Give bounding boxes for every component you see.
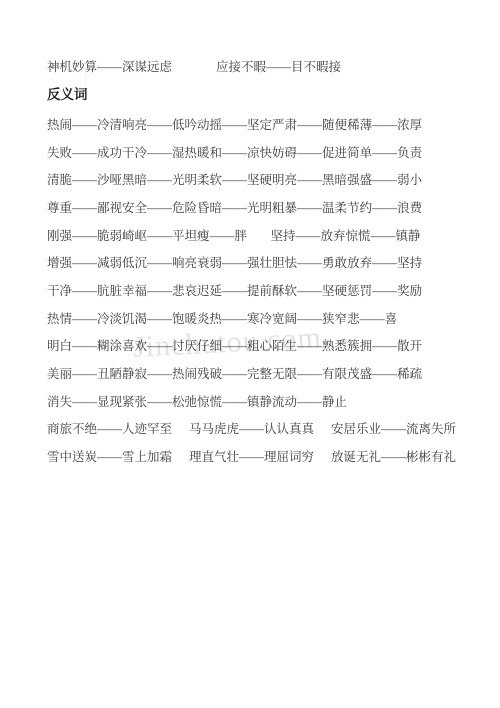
antonym-pair: 低沉——响亮 — [122, 253, 197, 271]
antonym-pair: 迟延——提前 — [197, 281, 272, 299]
document-page: Jinchutou.com 神机妙算——深谋远虑应接不暇——目不暇接 反义词 热… — [0, 0, 500, 708]
antonym-row: 失败——成功干冷——湿热暖和——凉快妨碍——促进简单——负责 — [47, 138, 459, 166]
antonym-pair: 商旅不绝——人迹罕至 — [47, 419, 172, 437]
antonym-pair: 清脆——沙哑 — [47, 170, 122, 188]
antonym-row: 热闹——冷清响亮——低吟动摇——坚定严肃——随便稀薄——浓厚 — [47, 110, 459, 138]
antonym-row: 热情——冷淡饥渴——饱暖炎热——寒冷宽阔——狭窄悲——喜 — [47, 304, 459, 332]
antonym-pair: 饥渴——饱暖 — [122, 309, 197, 327]
antonym-pair: 陌生——熟悉 — [272, 336, 347, 354]
antonym-row: 美丽——丑陋静寂——热闹残破——完整无限——有限茂盛——稀疏 — [47, 359, 459, 387]
antonym-list: 热闹——冷清响亮——低吟动摇——坚定严肃——随便稀薄——浓厚失败——成功干冷——… — [47, 110, 459, 470]
antonym-pair: 紧张——松弛 — [122, 392, 197, 410]
idiom-pairs-row: 神机妙算——深谋远虑应接不暇——目不暇接 — [47, 60, 459, 74]
antonym-pair: 理直气壮——理屈词穷 — [189, 447, 314, 465]
antonym-pair: 明亮——黑暗 — [272, 170, 347, 188]
antonym-pair: 雪中送炭——雪上加霜 — [47, 447, 172, 465]
antonym-pair: 静寂——热闹 — [122, 364, 197, 382]
antonym-row: 明白——糊涂喜欢——讨厌仔细——粗心陌生——熟悉簇拥——散开 — [47, 332, 459, 360]
antonym-pair: 悲——喜 — [347, 309, 397, 327]
antonym-pair: 热闹——冷清 — [47, 115, 122, 133]
antonym-pair: 严肃——随便 — [272, 115, 347, 133]
antonym-pair: 无限——有限 — [272, 364, 347, 382]
antonym-pair: 惊慌——镇静 — [197, 392, 272, 410]
antonym-pair: 粗暴——温柔 — [272, 198, 347, 216]
antonym-pair: 坚持——放弃 — [271, 226, 346, 244]
antonym-pair: 安全——危险 — [122, 198, 197, 216]
antonym-pair: 失败——成功 — [47, 143, 122, 161]
antonym-pair: 黑暗——光明 — [122, 170, 197, 188]
antonym-pair: 昏暗——光明 — [197, 198, 272, 216]
antonym-row: 尊重——鄙视安全——危险昏暗——光明粗暴——温柔节约——浪费 — [47, 193, 459, 221]
antonym-row: 干净——肮脏幸福——悲哀迟延——提前酥软——坚硬惩罚——奖励 — [47, 276, 459, 304]
antonym-pair: 流动——静止 — [272, 392, 347, 410]
antonym-pair: 干冷——湿热 — [122, 143, 197, 161]
antonym-pair: 炎热——寒冷 — [197, 309, 272, 327]
antonym-row: 增强——减弱低沉——响亮衰弱——强壮胆怯——勇敢放弃——坚持 — [47, 248, 459, 276]
antonym-pair: 放诞无礼——彬彬有礼 — [331, 447, 456, 465]
antonym-pair: 简单——负责 — [347, 143, 422, 161]
antonym-pair: 惩罚——奖励 — [347, 281, 422, 299]
antonym-pair: 暖和——凉快 — [197, 143, 272, 161]
antonym-pair: 胆怯——勇敢 — [272, 253, 347, 271]
document-content: 神机妙算——深谋远虑应接不暇——目不暇接 反义词 热闹——冷清响亮——低吟动摇—… — [47, 60, 459, 470]
antonym-pair: 瘦——胖 — [197, 226, 271, 244]
antonym-row: 刚强——脆弱崎岖——平坦瘦——胖坚持——放弃惊慌——镇静 — [47, 221, 459, 249]
antonym-row: 雪中送炭——雪上加霜理直气壮——理屈词穷放诞无礼——彬彬有礼 — [47, 442, 459, 470]
antonym-pair: 动摇——坚定 — [197, 115, 272, 133]
antonym-pair: 尊重——鄙视 — [47, 198, 122, 216]
antonym-pair: 残破——完整 — [197, 364, 272, 382]
antonym-row: 清脆——沙哑黑暗——光明柔软——坚硬明亮——黑暗强盛——弱小 — [47, 165, 459, 193]
antonym-pair: 崎岖——平坦 — [122, 226, 197, 244]
antonym-pair: 响亮——低吟 — [122, 115, 197, 133]
antonym-pair: 喜欢——讨厌 — [122, 336, 197, 354]
antonym-pair: 茂盛——稀疏 — [347, 364, 422, 382]
antonym-row: 商旅不绝——人迹罕至马马虎虎——认认真真安居乐业——流离失所 — [47, 415, 459, 443]
antonym-pair: 强盛——弱小 — [347, 170, 422, 188]
antonym-pair: 热情——冷淡 — [47, 309, 122, 327]
antonym-pair: 幸福——悲哀 — [122, 281, 197, 299]
antonym-pair: 增强——减弱 — [47, 253, 122, 271]
antonym-pair: 惊慌——镇静 — [346, 226, 421, 244]
antonym-pair: 酥软——坚硬 — [272, 281, 347, 299]
antonym-pair: 放弃——坚持 — [347, 253, 422, 271]
antonym-pair: 明白——糊涂 — [47, 336, 122, 354]
section-title-antonyms: 反义词 — [47, 87, 459, 102]
antonym-pair: 衰弱——强壮 — [197, 253, 272, 271]
antonym-pair: 消失——显现 — [47, 392, 122, 410]
idiom-pair: 神机妙算——深谋远虑 — [47, 60, 172, 74]
antonym-pair: 宽阔——狭窄 — [272, 309, 347, 327]
antonym-pair: 妨碍——促进 — [272, 143, 347, 161]
antonym-pair: 节约——浪费 — [347, 198, 422, 216]
antonym-pair: 稀薄——浓厚 — [347, 115, 422, 133]
idiom-pair: 应接不暇——目不暇接 — [216, 60, 341, 74]
antonym-pair: 干净——肮脏 — [47, 281, 122, 299]
antonym-pair: 安居乐业——流离失所 — [331, 419, 456, 437]
antonym-pair: 簇拥——散开 — [347, 336, 422, 354]
antonym-pair: 美丽——丑陋 — [47, 364, 122, 382]
antonym-pair: 仔细——粗心 — [197, 336, 272, 354]
antonym-row: 消失——显现紧张——松弛惊慌——镇静流动——静止 — [47, 387, 459, 415]
antonym-pair: 刚强——脆弱 — [47, 226, 122, 244]
antonym-pair: 柔软——坚硬 — [197, 170, 272, 188]
antonym-pair: 马马虎虎——认认真真 — [189, 419, 314, 437]
